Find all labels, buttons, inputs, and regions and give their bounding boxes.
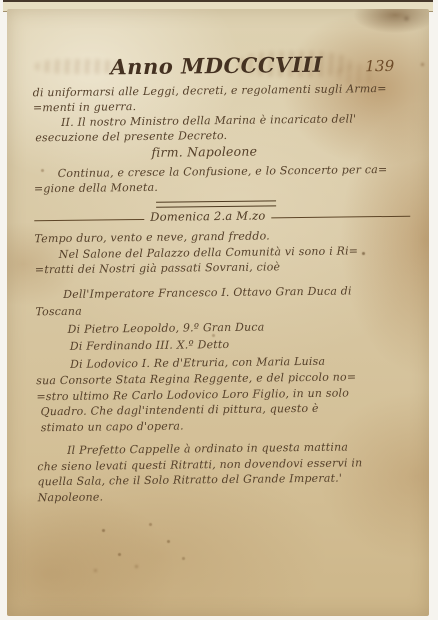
section-divider [156,200,276,207]
date-heading: Domenica 2.a M.zo [144,208,271,224]
journal-entry: Tempo duro, vento e neve, grand freddo. … [34,227,413,506]
page-header: Anno MDCCCVIII 139 [32,51,408,81]
manuscript-line: =tratti dei Nostri già passati Sovrani, … [35,258,411,278]
foxing-spots [7,9,10,12]
manuscript-line: =gione della Moneta. [34,177,410,197]
handwritten-content: Anno MDCCCVIII 139 di uniformarsi alle L… [32,51,413,506]
page-title: Anno MDCCCVIII [110,52,323,80]
heading-rule-left [34,218,144,221]
heading-rule-right [271,215,410,218]
page-number: 139 [365,57,394,75]
manuscript-page: Anno MDCCCVIII 139 di uniformarsi alle L… [7,9,429,616]
date-heading-row: Domenica 2.a M.zo [34,207,410,226]
